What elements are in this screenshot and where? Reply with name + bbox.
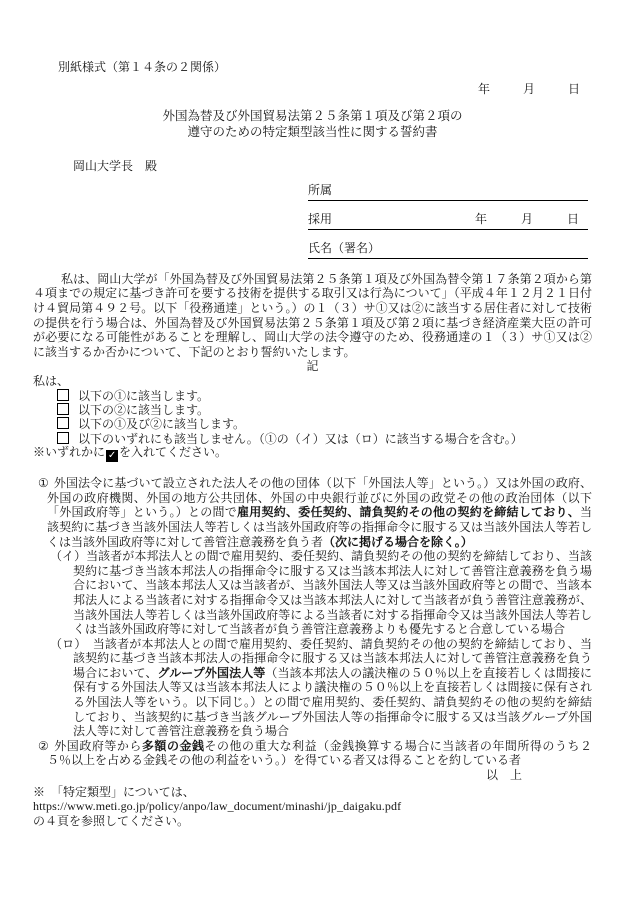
checkbox-unchecked-icon[interactable] xyxy=(57,389,69,401)
document-title-line1: 外国為替及び外国貿易法第２５条第１項及び第２項の xyxy=(33,108,592,124)
footnote-line1: ※ 「特定類型」については、 xyxy=(33,785,592,800)
item-1-i-marker: （イ） xyxy=(50,549,86,563)
checkbox-unchecked-icon[interactable] xyxy=(57,432,69,444)
item-1-ro: （ロ） 当該者が本邦法人との間で雇用契約、委任契約、請負契約その他の契約を締結し… xyxy=(50,637,592,739)
footnote: ※ 「特定類型」については、 https://www.meti.go.jp/po… xyxy=(33,785,592,829)
checklist-option-label: 以下のいずれにも該当しません。（①の（イ）又は（ロ）に該当する場合を含む。） xyxy=(78,432,523,446)
document-title-line2: 遵守のための特定類型該当性に関する誓約書 xyxy=(33,124,592,140)
item-1-i: （イ）当該者が本邦法人との間で雇用契約、委任契約、請負契約その他の契約を締結して… xyxy=(50,549,592,637)
item-2: ②外国政府等から多額の金銭その他の重大な利益（金銭換算する場合に当該者の年間所得… xyxy=(38,739,592,768)
checkbox-unchecked-icon[interactable] xyxy=(57,403,69,415)
item-1: ①外国法令に基づいて設立された法人その他の団体（以下「外国法人等」という。）又は… xyxy=(38,476,592,549)
footnote-url[interactable]: https://www.meti.go.jp/policy/anpo/law_d… xyxy=(33,799,592,814)
date-month-label: 月 xyxy=(523,82,535,97)
checkbox-unchecked-icon[interactable] xyxy=(57,417,69,429)
signature-fields: 所属 採用 年 月 日 氏名（署名） xyxy=(308,183,588,259)
hire-label: 採用 xyxy=(308,212,332,227)
item-2-bold-money: 多額の金銭 xyxy=(142,739,205,753)
watashi-wa-line: 私は、 xyxy=(33,374,592,389)
hire-year-label: 年 xyxy=(475,212,487,227)
item-1-marker: ① xyxy=(38,476,49,490)
item-1-ro-bold-group: グループ外国法人等 xyxy=(157,666,265,680)
checklist-note: ※いずれかに✓を入れてください。 xyxy=(33,446,592,462)
checkbox-checked-icon: ✓ xyxy=(106,450,118,462)
checklist-note-suffix: を入れてください。 xyxy=(119,445,227,459)
affiliation-label: 所属 xyxy=(308,183,332,198)
item-1-bold-contracts: 雇用契約、委任契約、請負契約その他の契約を締結しており、 xyxy=(237,505,580,519)
checklist-option-label: 以下の②に該当します。 xyxy=(78,403,209,417)
lead-paragraph: 私は、岡山大学が「外国為替及び外国貿易法第２５条第１項及び外国為替令第１７条第２… xyxy=(33,272,592,360)
name-label: 氏名（署名） xyxy=(308,241,380,256)
hire-day-label: 日 xyxy=(567,212,579,227)
date-year-label: 年 xyxy=(478,82,490,97)
checklist-option-1[interactable]: 以下の①に該当します。 xyxy=(33,389,592,403)
checklist-option-3[interactable]: 以下の①及び②に該当します。 xyxy=(33,417,592,431)
hire-month-label: 月 xyxy=(521,212,533,227)
checklist-note-prefix: ※いずれかに xyxy=(33,445,105,459)
affiliation-field[interactable]: 所属 xyxy=(308,183,588,201)
checklist-option-4[interactable]: 以下のいずれにも該当しません。（①の（イ）又は（ロ）に該当する場合を含む。） xyxy=(33,432,592,446)
item-1-ro-marker: （ロ） xyxy=(50,637,93,651)
checklist: 以下の①に該当します。 以下の②に該当します。 以下の①及び②に該当します。 以… xyxy=(33,389,592,447)
item-2-text: 外国政府等から xyxy=(54,739,142,753)
footnote-line2: の４頁を参照してください。 xyxy=(33,814,592,829)
closing-ijou: 以 上 xyxy=(33,768,592,783)
checklist-option-label: 以下の①及び②に該当します。 xyxy=(78,417,245,431)
pledge-document-page: 別紙様式（第１４条の２関係） 年 月 日 外国為替及び外国貿易法第２５条第１項及… xyxy=(0,0,630,903)
hire-date-field[interactable]: 採用 年 月 日 xyxy=(308,212,588,230)
item-1-bold-exception: （次に掲げる場合を除く。） xyxy=(323,535,473,549)
item-2-marker: ② xyxy=(38,739,49,753)
item-1-i-text: 当該者が本邦法人との間で雇用契約、委任契約、請負契約その他の契約を締結しており、… xyxy=(73,549,592,636)
date-day-label: 日 xyxy=(568,82,580,97)
addressee: 岡山大学長 殿 xyxy=(73,159,592,174)
name-signature-field[interactable]: 氏名（署名） xyxy=(308,241,588,259)
checklist-option-2[interactable]: 以下の②に該当します。 xyxy=(33,403,592,417)
document-title: 外国為替及び外国貿易法第２５条第１項及び第２項の 遵守のための特定類型該当性に関… xyxy=(33,108,592,140)
date-line: 年 月 日 xyxy=(33,82,592,97)
ki-heading: 記 xyxy=(33,359,592,374)
checklist-option-label: 以下の①に該当します。 xyxy=(78,389,209,403)
form-style-label: 別紙様式（第１４条の２関係） xyxy=(58,60,592,75)
